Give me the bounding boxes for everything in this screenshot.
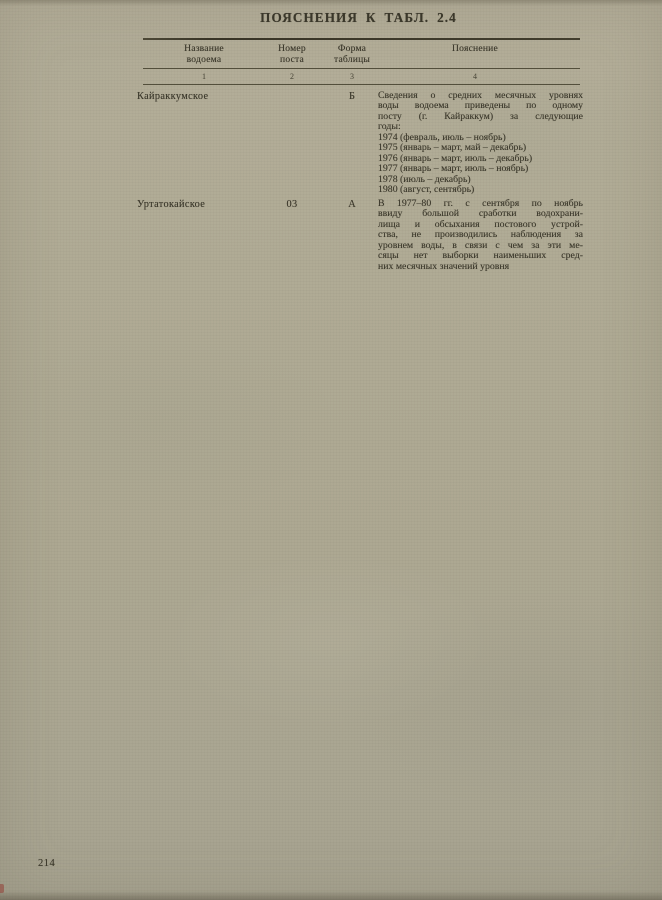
column-header-explanation: Пояснение	[425, 44, 525, 55]
explanation-line: 1980 (август, сентябрь)	[378, 185, 583, 195]
column-index-2: 2	[262, 72, 322, 81]
column-header-line: поста	[262, 55, 322, 66]
column-header-table-form: Форма таблицы	[322, 44, 382, 65]
column-index-4: 4	[425, 72, 525, 81]
table-rule-under-headers	[143, 68, 580, 69]
column-header-line: водоема	[156, 55, 252, 66]
column-index-1: 1	[156, 72, 252, 81]
column-index-3: 3	[322, 72, 382, 81]
scan-artifact	[0, 884, 4, 893]
table-form-letter: А	[322, 199, 382, 210]
water-body-name: Уртатокайское	[137, 199, 257, 210]
column-header-line: Пояснение	[425, 44, 525, 55]
explanation-line: посту (г. Кайраккум) за следующие	[378, 112, 583, 122]
table-form-letter: Б	[322, 91, 382, 102]
table-rule-top	[143, 38, 580, 40]
explanation-line: них месячных значений уровня	[378, 262, 583, 272]
page-title: ПОЯСНЕНИЯ К ТАБЛ. 2.4	[137, 10, 580, 26]
column-header-line: таблицы	[322, 55, 382, 66]
scanned-page: ПОЯСНЕНИЯ К ТАБЛ. 2.4 Название водоема Н…	[0, 0, 662, 900]
column-header-water-body: Название водоема	[156, 44, 252, 65]
column-header-line: Номер	[262, 44, 322, 55]
table-rule-under-indices	[143, 84, 580, 85]
column-header-post-number: Номер поста	[262, 44, 322, 65]
column-header-line: Форма	[322, 44, 382, 55]
post-number: 03	[262, 199, 322, 210]
explanation-text: Сведения о средних месячных уровнях воды…	[378, 91, 583, 196]
page-number: 214	[38, 858, 55, 869]
explanations-table: Название водоема Номер поста Форма табли…	[137, 38, 580, 278]
column-header-line: Название	[156, 44, 252, 55]
explanation-text: В 1977–80 гг. с сентября по ноябрь ввиду…	[378, 199, 583, 272]
water-body-name: Кайраккумское	[137, 91, 257, 102]
